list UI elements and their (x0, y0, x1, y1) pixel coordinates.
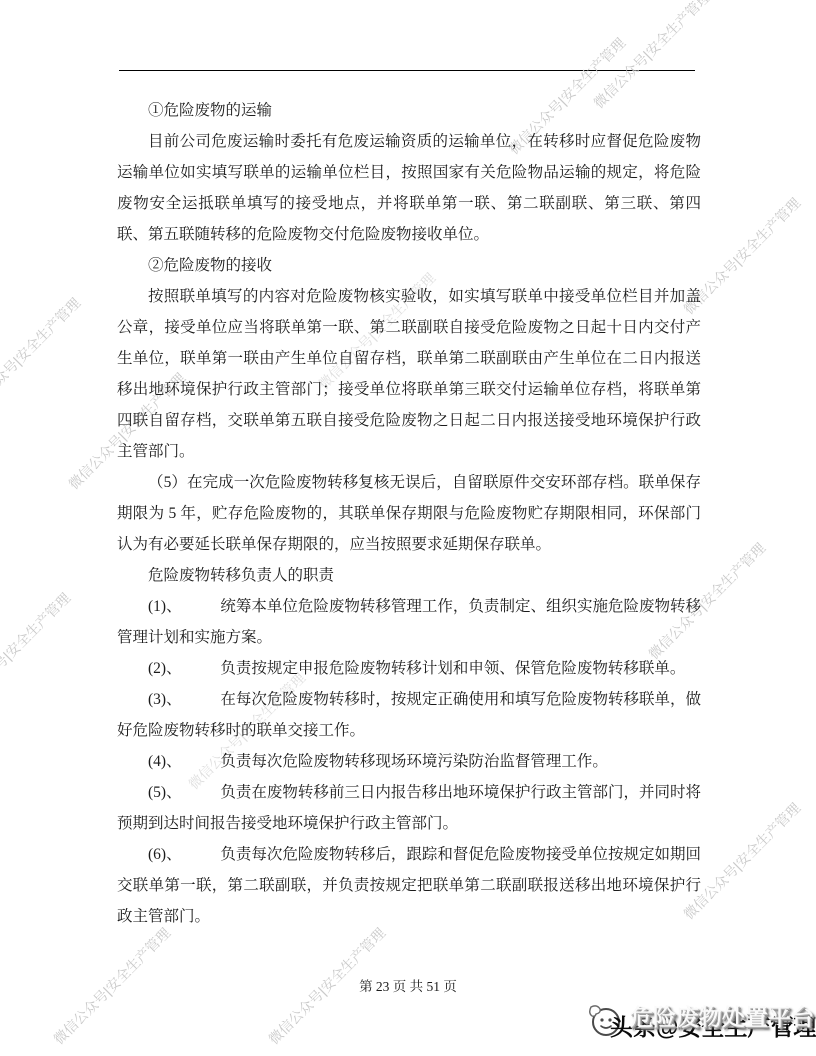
duty-item-2: (2)、 负责按规定申报危险废物转移计划和申领、保管危险废物转移联单。 (117, 653, 701, 684)
duty-item-3: (3)、 在每次危险废物转移时，按规定正确使用和填写危险废物转移联单，做好危险废… (117, 684, 701, 746)
section2-title: ②危险废物的接收 (117, 250, 701, 281)
watermark-text: 微信公众号|安全生产管理 (0, 588, 75, 714)
section1-title: ①危险废物的运输 (117, 95, 701, 126)
duties-heading: 危险废物转移负责人的职责 (117, 560, 701, 591)
document-page: 微信公众号|安全生产管理 微信公众号|安全生产管理 微信公众号|安全生产管理 微… (0, 0, 816, 1056)
brand-stamp: 头条@安全生产管理 危险废物处置平台 (588, 1000, 814, 1054)
item-5-paragraph: （5）在完成一次危险废物转移复核无误后，自留联原件交安环部存档。联单保存期限为 … (117, 467, 701, 560)
duty-item-6: (6)、 负责每次危险废物转移后，跟踪和督促危险废物接受单位按规定如期回交联单第… (117, 839, 701, 932)
watermark-text: 微信公众号|安全生产管理 (0, 293, 85, 419)
page-number: 第 23 页 共 51 页 (0, 975, 816, 995)
duty-item-1: (1)、 统筹本单位危险废物转移管理工作，负责制定、组织实施危险废物转移管理计划… (117, 591, 701, 653)
section2-body: 按照联单填写的内容对危险废物核实验收，如实填写联单中接受单位栏目并加盖公章，接受… (117, 281, 701, 467)
duty-item-4: (4)、 负责每次危险废物转移现场环境污染防治监督管理工作。 (117, 746, 701, 777)
document-body: ①危险废物的运输 目前公司危废运输时委托有危废运输资质的运输单位，在转移时应督促… (117, 95, 701, 932)
duty-item-5: (5)、 负责在废物转移前三日内报告移出地环境保护行政主管部门，并同时将预期到达… (117, 777, 701, 839)
brand-overlay-text: 危险废物处置平台 (630, 1006, 814, 1029)
section1-body: 目前公司危废运输时委托有危废运输资质的运输单位，在转移时应督促危险废物运输单位如… (117, 126, 701, 250)
